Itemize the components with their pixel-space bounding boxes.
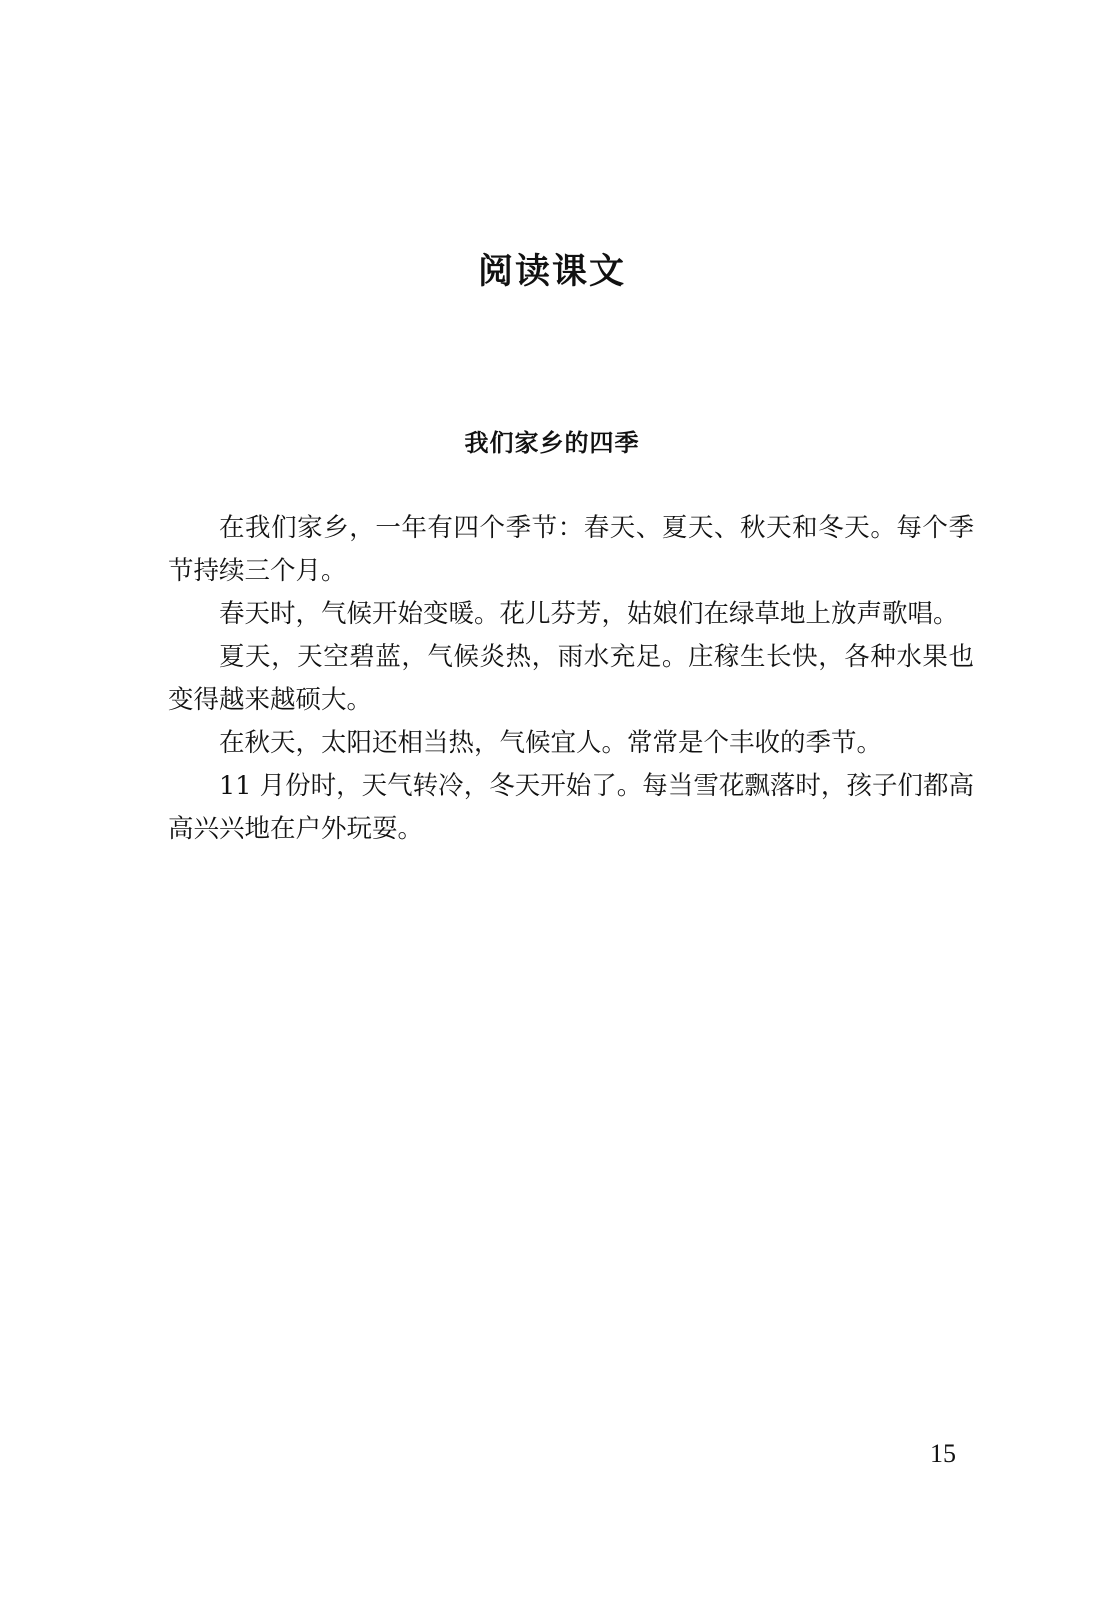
article-title: 我们家乡的四季 bbox=[0, 425, 1104, 461]
page-number: 15 bbox=[918, 1436, 968, 1472]
paragraph-autumn: 在秋天，太阳还相当热，气候宜人。常常是个丰收的季节。 bbox=[168, 722, 974, 765]
document-page: 阅读课文 我们家乡的四季 在我们家乡，一年有四个季节：春天、夏天、秋天和冬天。每… bbox=[0, 0, 1104, 1599]
paragraph-summer: 夏天，天空碧蓝，气候炎热，雨水充足。庄稼生长快，各种水果也变得越来越硕大。 bbox=[168, 636, 974, 722]
paragraph-seasons-intro: 在我们家乡，一年有四个季节：春天、夏天、秋天和冬天。每个季节持续三个月。 bbox=[168, 507, 974, 593]
paragraph-spring: 春天时，气候开始变暖。花儿芬芳，姑娘们在绿草地上放声歌唱。 bbox=[168, 593, 974, 636]
article-body: 在我们家乡，一年有四个季节：春天、夏天、秋天和冬天。每个季节持续三个月。 春天时… bbox=[168, 507, 974, 851]
section-title: 阅读课文 bbox=[0, 246, 1104, 298]
paragraph-winter: 11 月份时，天气转冷，冬天开始了。每当雪花飘落时，孩子们都高高兴兴地在户外玩耍… bbox=[168, 765, 974, 851]
